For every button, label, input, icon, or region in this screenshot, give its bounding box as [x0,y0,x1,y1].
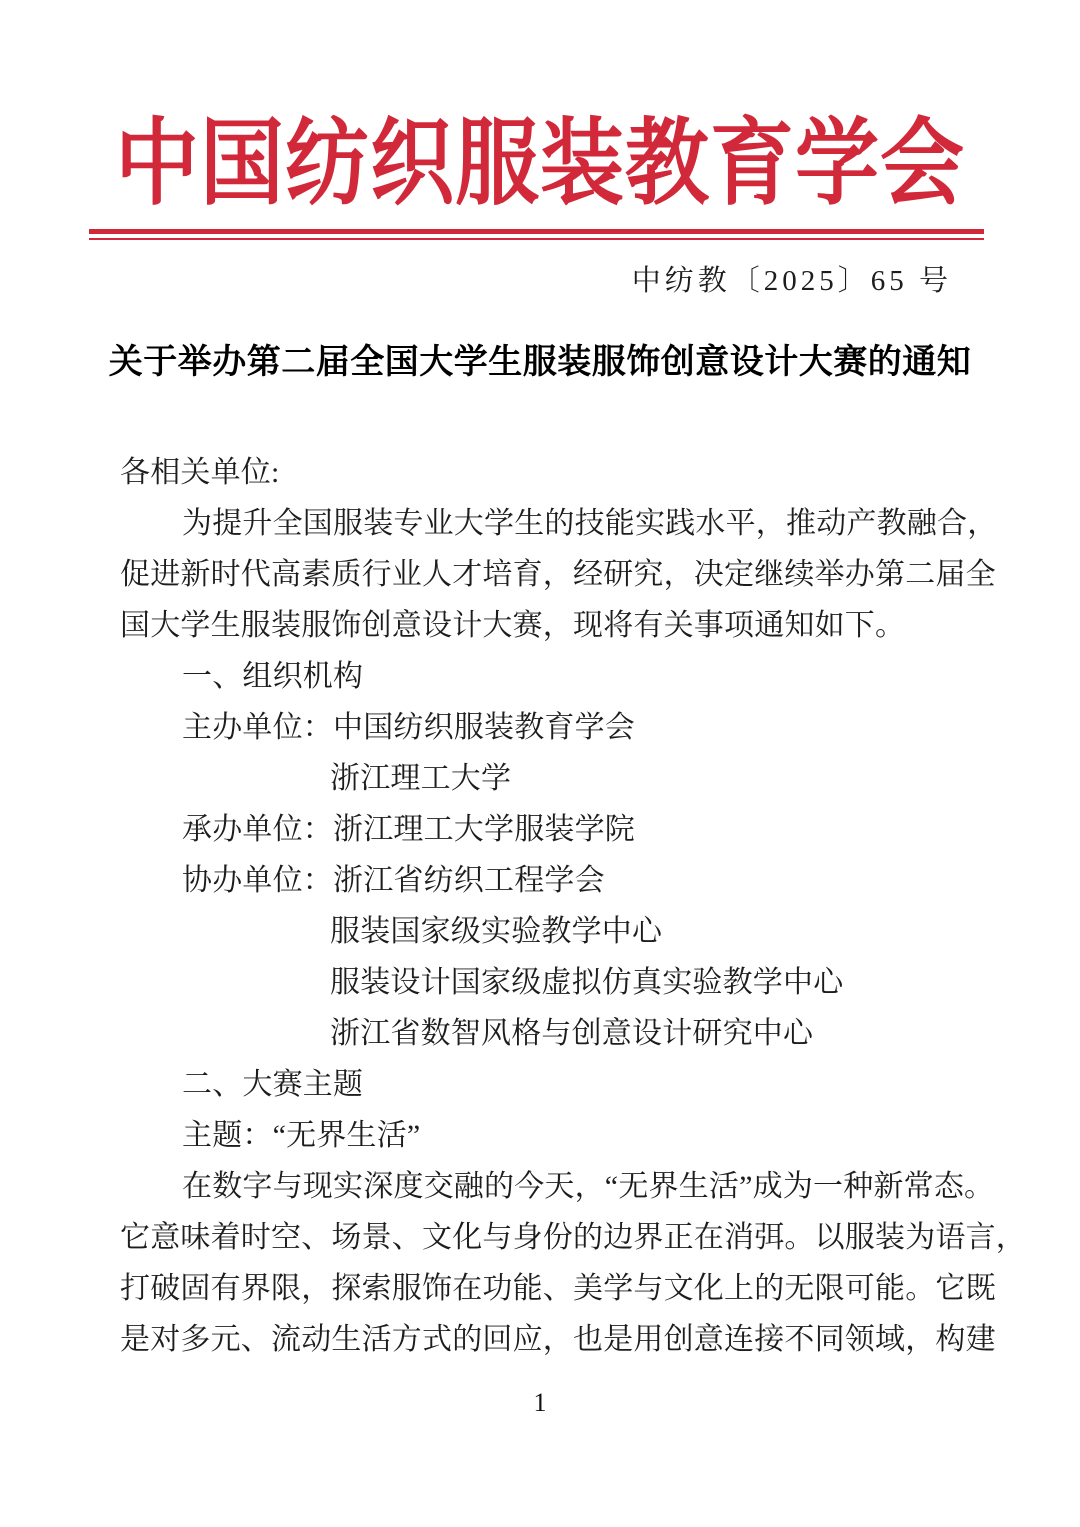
red-divider-thick-line [89,229,984,234]
document-page: 中国纺织服装教育学会 中纺教〔2025〕65 号 关于举办第二届全国大学生服装服… [0,0,1080,1527]
salutation: 各相关单位: [120,447,970,498]
body-line: 国大学生服装服饰创意设计大赛，现将有关事项通知如下。 [120,600,970,651]
body-line: 服装设计国家级虚拟仿真实验教学中心 [120,957,970,1008]
section-heading: 一、组织机构 [120,651,970,702]
body-line: 它意味着时空、场景、文化与身份的边界正在消弭。以服装为语言， [120,1212,970,1263]
body-line: 主题：“无界生活” [120,1110,970,1161]
body-line: 浙江省数智风格与创意设计研究中心 [120,1008,970,1059]
document-body: 各相关单位: 为提升全国服装专业大学生的技能实践水平，推动产教融合， 促进新时代… [120,447,970,1365]
body-line: 协办单位：浙江省纺织工程学会 [120,855,970,906]
doc-number: 中纺教〔2025〕65 号 [632,258,952,299]
body-line: 主办单位：中国纺织服装教育学会 [120,702,970,753]
body-line: 为提升全国服装专业大学生的技能实践水平，推动产教融合， [120,498,970,549]
body-line: 服装国家级实验教学中心 [120,906,970,957]
body-line: 打破固有界限，探索服饰在功能、美学与文化上的无限可能。它既 [120,1263,970,1314]
body-line: 浙江理工大学 [120,753,970,804]
body-line: 在数字与现实深度交融的今天，“无界生活”成为一种新常态。 [120,1161,970,1212]
page-number: 1 [0,1388,1080,1418]
section-heading: 二、大赛主题 [120,1059,970,1110]
body-line: 承办单位：浙江理工大学服装学院 [120,804,970,855]
body-line: 是对多元、流动生活方式的回应，也是用创意连接不同领域，构建 [120,1314,970,1365]
document-title: 关于举办第二届全国大学生服装服饰创意设计大赛的通知 [50,334,1030,383]
red-divider-thin-line [89,238,984,240]
red-divider [89,229,984,240]
org-title: 中国纺织服装教育学会 [0,88,1080,224]
body-line: 促进新时代高素质行业人才培育，经研究，决定继续举办第二届全 [120,549,970,600]
